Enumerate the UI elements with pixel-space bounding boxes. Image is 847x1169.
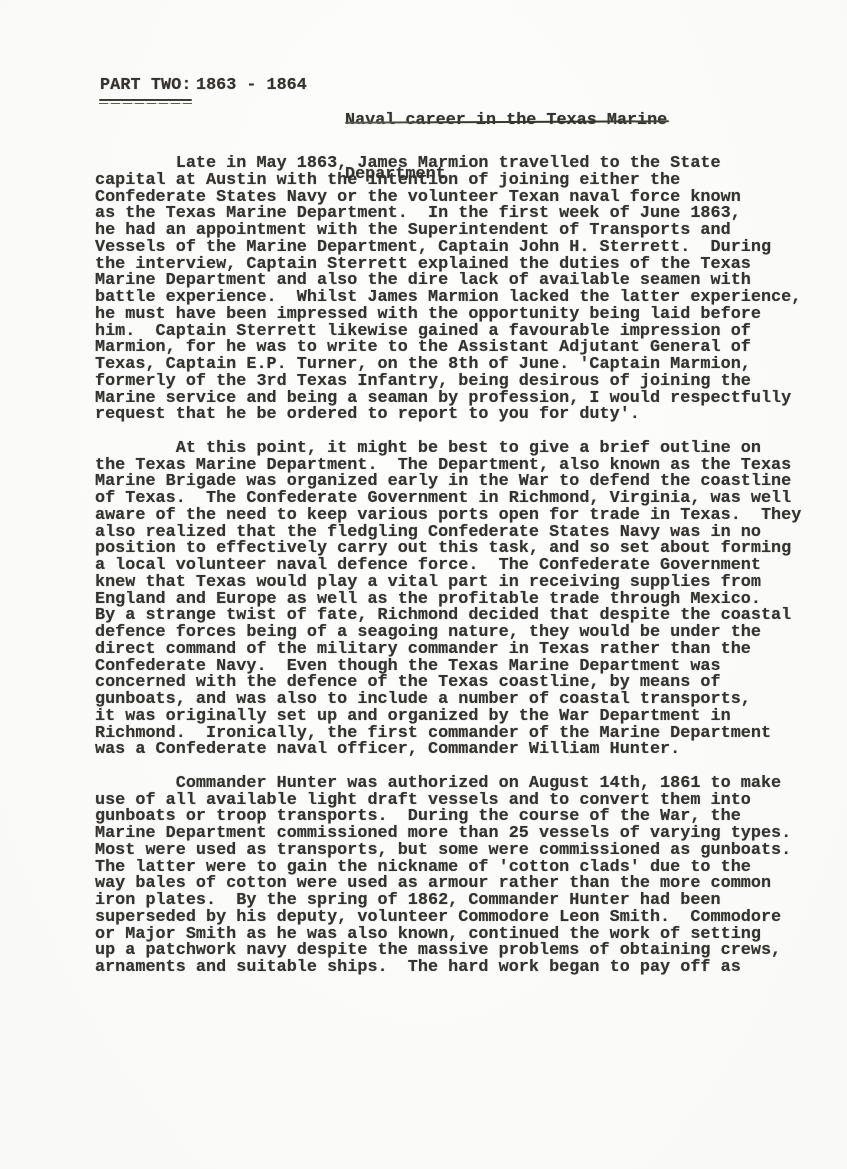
part-underline-rule (99, 99, 192, 101)
text-line: At this point, it might be best to give … (95, 441, 835, 458)
text-line: Most were used as transports, but some w… (95, 843, 835, 860)
text-line: knew that Texas would play a vital part … (95, 575, 835, 592)
text-line: was a Confederate naval officer, Command… (95, 742, 835, 759)
scanned-document-page: PART TWO: 1863 - 1864 Naval career in th… (0, 0, 847, 1169)
text-line: arnaments and suitable ships. The hard w… (95, 960, 835, 977)
part-label: PART TWO: (100, 77, 192, 94)
paragraph: Late in May 1863, James Marmion travelle… (95, 156, 835, 424)
part-underline-rule-secondary (99, 103, 192, 104)
heading-dates: 1863 - 1864 (196, 77, 307, 94)
text-line: he must have been impressed with the opp… (95, 307, 835, 324)
text-line: formerly of the 3rd Texas Infantry, bein… (95, 374, 835, 391)
text-line: request that he be ordered to report to … (95, 407, 835, 424)
paragraph: At this point, it might be best to give … (95, 441, 835, 759)
text-line: Vessels of the Marine Department, Captai… (95, 240, 835, 257)
paragraph: Commander Hunter was authorized on Augus… (95, 776, 835, 977)
document-body: Late in May 1863, James Marmion travelle… (95, 156, 835, 977)
text-line: direct command of the military commander… (95, 642, 835, 659)
text-line: Commander Hunter was authorized on Augus… (95, 776, 835, 793)
text-line: capital at Austin with the intention of … (95, 173, 835, 190)
text-line: superseded by his deputy, volunteer Comm… (95, 910, 835, 927)
text-line: it was originally set up and organized b… (95, 709, 835, 726)
text-line: aware of the need to keep various ports … (95, 508, 835, 525)
